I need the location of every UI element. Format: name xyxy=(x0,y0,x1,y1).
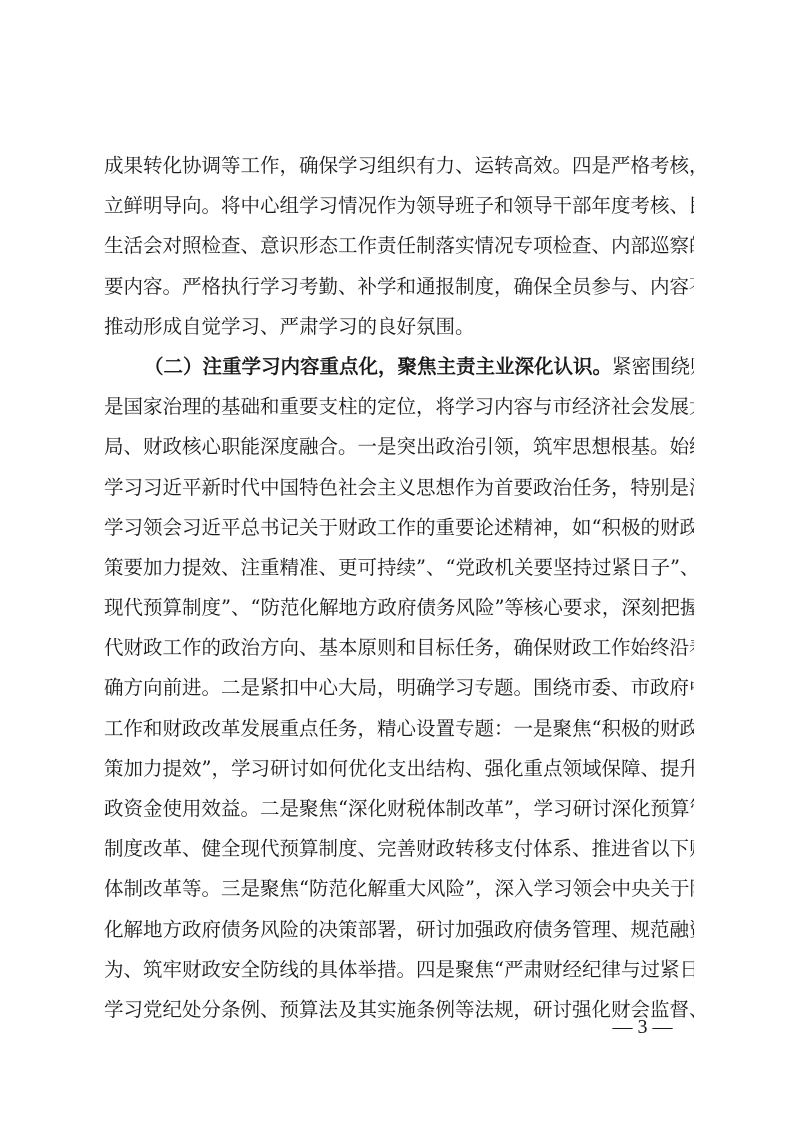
document-page: 成果转化协调等工作，确保学习组织有力、运转高效。四是严格考核，树 立鲜明导向。将… xyxy=(0,0,793,1122)
text-line: 代财政工作的政治方向、基本原则和目标任务，确保财政工作始终沿着正 xyxy=(104,628,694,668)
section-heading: （二）注重学习内容重点化，聚焦主责主业深化认识。 xyxy=(144,355,612,378)
text-line: 体制改革等。三是聚焦“防范化解重大风险”，深入学习领会中央关于防范 xyxy=(104,869,694,909)
text-line: 确方向前进。二是紧扣中心大局，明确学习专题。围绕市委、市政府中心 xyxy=(104,668,694,708)
text-line: 工作和财政改革发展重点任务，精心设置专题：一是聚焦“积极的财政政 xyxy=(104,709,694,749)
text-line: 推动形成自觉学习、严肃学习的良好氛围。 xyxy=(104,307,694,347)
text-run: 紧密围绕财政 xyxy=(612,355,694,378)
text-line: 现代预算制度”、“防范化解地方政府债务风险”等核心要求，深刻把握新时 xyxy=(104,588,694,628)
text-line: 策加力提效”，学习研讨如何优化支出结构、强化重点领域保障、提升财 xyxy=(104,749,694,789)
text-line: 学习习近平新时代中国特色社会主义思想作为首要政治任务，特别是深入 xyxy=(104,468,694,508)
text-line: 学习领会习近平总书记关于财政工作的重要论述精神，如“积极的财政政 xyxy=(104,508,694,548)
text-line: 局、财政核心职能深度融合。一是突出政治引领，筑牢思想根基。始终将 xyxy=(104,427,694,467)
text-line: 策要加力提效、注重精准、更可持续”、“党政机关要坚持过紧日子”、“健全 xyxy=(104,548,694,588)
text-line: 生活会对照检查、意识形态工作责任制落实情况专项检查、内部巡察的重 xyxy=(104,226,694,266)
text-line: 政资金使用效益。二是聚焦“深化财税体制改革”，学习研讨深化预算管理 xyxy=(104,789,694,829)
document-body: 成果转化协调等工作，确保学习组织有力、运转高效。四是严格考核，树 立鲜明导向。将… xyxy=(104,146,694,1030)
text-line: 成果转化协调等工作，确保学习组织有力、运转高效。四是严格考核，树 xyxy=(104,146,694,186)
section-heading-line: （二）注重学习内容重点化，聚焦主责主业深化认识。紧密围绕财政 xyxy=(104,347,694,387)
text-line: 立鲜明导向。将中心组学习情况作为领导班子和领导干部年度考核、民主 xyxy=(104,186,694,226)
text-line: 化解地方政府债务风险的决策部署，研讨加强政府债务管理、规范融资行 xyxy=(104,910,694,950)
page-number: — 3 — xyxy=(600,1016,685,1039)
text-line: 为、筑牢财政安全防线的具体举措。四是聚焦“严肃财经纪律与过紧日子”， xyxy=(104,950,694,990)
text-line: 制度改革、健全现代预算制度、完善财政转移支付体系、推进省以下财政 xyxy=(104,829,694,869)
text-line: 要内容。严格执行学习考勤、补学和通报制度，确保全员参与、内容不漏， xyxy=(104,267,694,307)
text-line: 是国家治理的基础和重要支柱的定位，将学习内容与市经济社会发展大 xyxy=(104,387,694,427)
